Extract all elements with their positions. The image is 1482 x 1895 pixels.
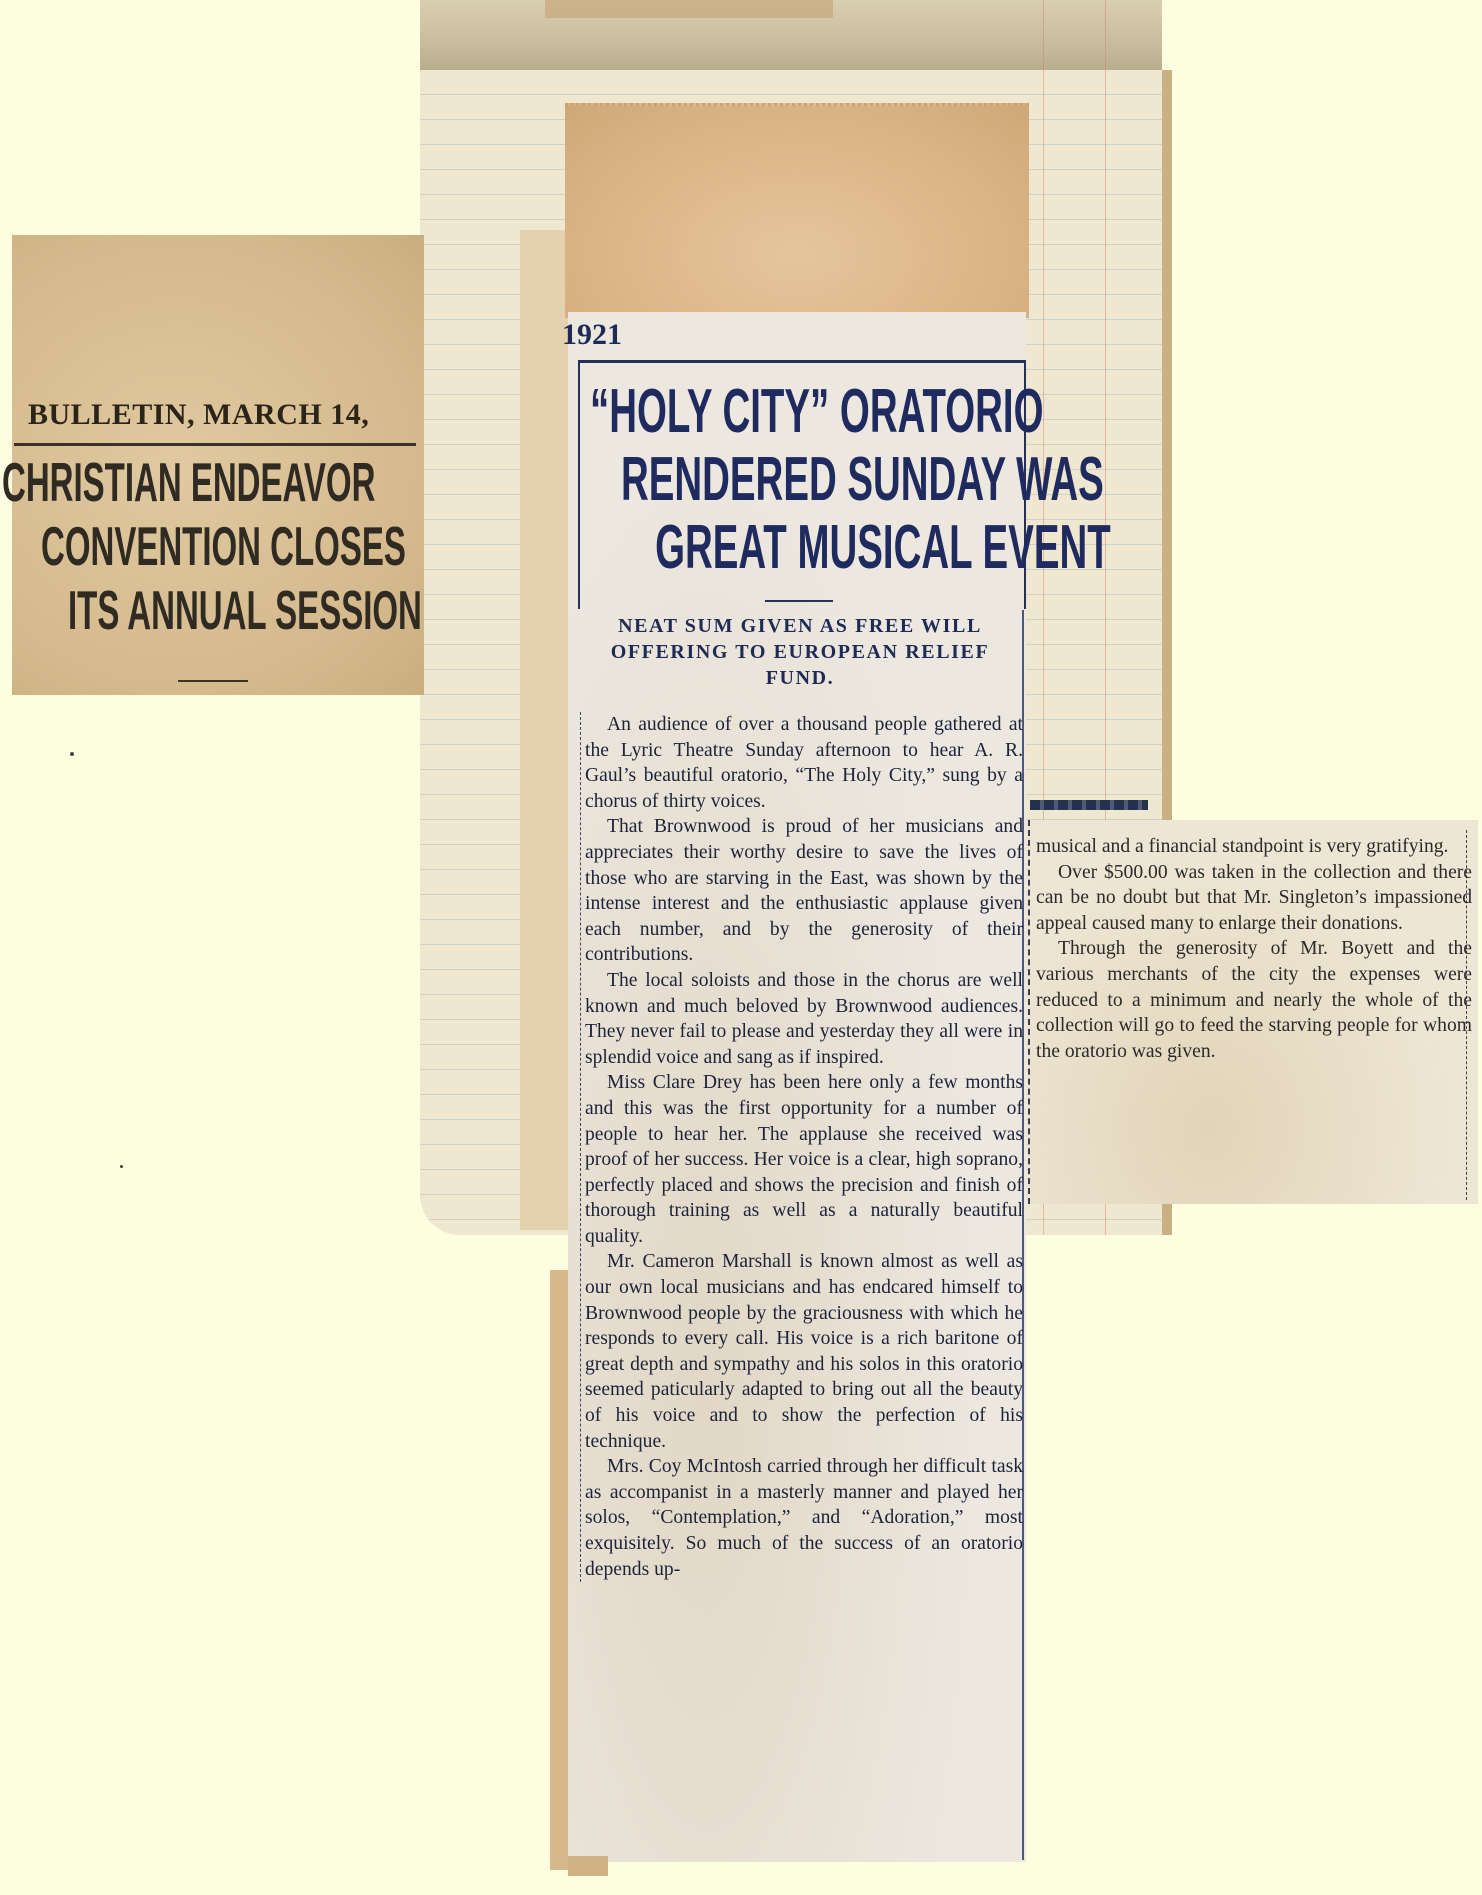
paragraph: Over $500.00 was taken in the collection… — [1036, 860, 1472, 937]
masthead-date: BULLETIN, MARCH 14, — [28, 398, 416, 432]
left-headline-line: CONVENTION CLOSES — [41, 514, 260, 578]
subheadline: NEAT SUM GIVEN AS FREE WILL OFFERING TO … — [578, 613, 1022, 691]
clipping-fragment-top — [545, 0, 833, 18]
paragraph: Through the generosity of Mr. Boyett and… — [1036, 936, 1472, 1064]
year: 1921 — [562, 318, 622, 352]
main-headline-line: “HOLY CITY” ORATORIO — [590, 378, 875, 446]
article-body: An audience of over a thousand people ga… — [580, 712, 1023, 1582]
left-headline-line: CHRISTIAN ENDEAVOR — [2, 450, 260, 514]
main-headline-line: GREAT MUSICAL EVENT — [655, 514, 875, 582]
clipping-fragment — [1030, 800, 1148, 810]
paragraph: Mrs. Coy McIntosh carried through her di… — [585, 1454, 1023, 1582]
paragraph: An audience of over a thousand people ga… — [585, 712, 1023, 814]
main-headline: “HOLY CITY” ORATORIO RENDERED SUNDAY WAS… — [590, 378, 875, 582]
article-continuation: musical and a financial standpoint is ve… — [1036, 834, 1472, 1064]
paragraph: Mr. Cameron Marshall is known almost as … — [585, 1249, 1023, 1454]
speck — [120, 1165, 123, 1168]
main-headline-line: RENDERED SUNDAY WAS — [621, 446, 875, 514]
paragraph: Miss Clare Drey has been here only a few… — [585, 1070, 1023, 1249]
paragraph: The local soloists and those in the chor… — [585, 968, 1023, 1070]
speck — [70, 752, 74, 756]
masthead-rule — [14, 443, 416, 446]
paragraph: That Brownwood is proud of her musicians… — [585, 814, 1023, 968]
left-headline-line: ITS ANNUAL SESSION — [68, 578, 260, 642]
left-headline: CHRISTIAN ENDEAVOR CONVENTION CLOSES ITS… — [8, 450, 260, 642]
kraft-paper-backing — [565, 103, 1029, 318]
headline-rule — [178, 680, 248, 682]
clipping-stub — [520, 230, 568, 1230]
paragraph: musical and a financial standpoint is ve… — [1036, 834, 1472, 860]
headline-rule — [765, 600, 833, 602]
torn-edge — [568, 1856, 608, 1876]
